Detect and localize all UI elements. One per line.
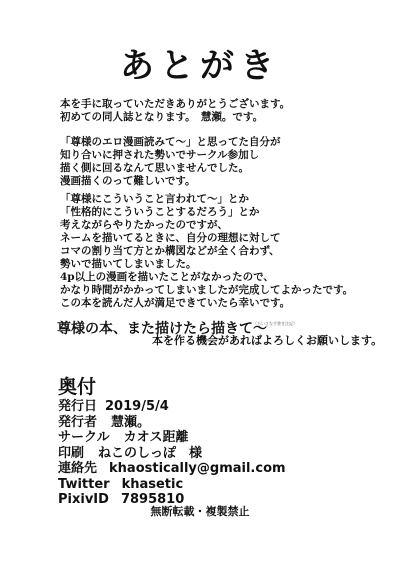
- colophon-row-circle: サークルカオス距離: [58, 430, 286, 446]
- colophon-value: ねこのしっぽ 様: [98, 446, 202, 461]
- colophon-key: Twitter: [58, 477, 110, 493]
- colophon-value: khaostically@gmail.com: [109, 461, 286, 476]
- text-line: かなり時間がかかってしまいましたが完成してよかったです。: [60, 284, 353, 297]
- colophon: 奥付 発行日2019/5/4 発行者慧瀬。 サークルカオス距離 印刷ねこのしっぽ…: [58, 375, 286, 508]
- colophon-key: 印刷: [58, 446, 84, 462]
- text-line: 知り合いに押された勢いでサークル参加し: [60, 149, 281, 162]
- greeting-paragraph: 本を手に取っていただきありがとうございます。 初めての同人誌となります。 慧瀬。…: [60, 98, 290, 124]
- colophon-row-twitter: Twitterkhasetic: [58, 477, 286, 493]
- motivation-paragraph: 「尊様のエロ漫画読みて〜」と思ってた自分が 知り合いに押された勢いでサークル参加…: [60, 136, 281, 188]
- colophon-value: 2019/5/4: [105, 399, 169, 414]
- text-line: 「性格的にこういうことするだろう」とか: [60, 206, 353, 219]
- colophon-value: khasetic: [122, 477, 184, 492]
- copyright-notice: 無断転載・複製禁止: [0, 503, 400, 519]
- colophon-key: 連絡先: [58, 461, 97, 477]
- text-line: 勢いで描いてしまいました。: [60, 258, 353, 271]
- text-line: 「尊様のエロ漫画読みて〜」と思ってた自分が: [60, 136, 281, 149]
- colophon-value: 慧瀬。: [111, 415, 150, 430]
- text-line: コマの割り当て方とか構図などが全く合わず、: [60, 245, 353, 258]
- colophon-row-publisher: 発行者慧瀬。: [58, 415, 286, 431]
- text-line: 漫画描くのって難しいです。: [60, 175, 281, 188]
- colophon-key: 発行日: [58, 399, 97, 415]
- colophon-row-date: 発行日2019/5/4: [58, 399, 286, 415]
- text-line: 初めての同人誌となります。 慧瀬。です。: [60, 111, 290, 124]
- text-line: この本を読んだ人が満足できていたら幸いです。: [60, 297, 353, 310]
- text-line: ネームを描いてるときに、自分の理想に対して: [60, 232, 353, 245]
- colophon-key: 発行者: [58, 415, 97, 431]
- closing-request: 本を作る機会があればよろしくお願いします。: [152, 332, 382, 348]
- colophon-row-contact: 連絡先khaostically@gmail.com: [58, 461, 286, 477]
- page-title: あとがき: [0, 38, 400, 87]
- colophon-key: サークル: [58, 430, 110, 446]
- reflection-paragraph: 「尊様にこういうこと言われて〜」とか 「性格的にこういうことするだろう」とか 考…: [60, 193, 353, 310]
- colophon-value: カオス距離: [124, 430, 189, 445]
- text-line: 「尊様にこういうこと言われて〜」とか: [60, 193, 353, 206]
- text-line: 本を手に取っていただきありがとうございます。: [60, 98, 290, 111]
- colophon-row-printer: 印刷ねこのしっぽ 様: [58, 446, 286, 462]
- text-line: 4p以上の漫画を描いたことがなかったので、: [60, 271, 353, 284]
- closing-annotation: （ちいさな手書き注記）: [253, 321, 297, 327]
- colophon-title: 奥付: [58, 375, 286, 399]
- text-line: 描く側に回るなんて思いませんでした。: [60, 162, 281, 175]
- text-line: 考えながらやりたかったのですが、: [60, 219, 353, 232]
